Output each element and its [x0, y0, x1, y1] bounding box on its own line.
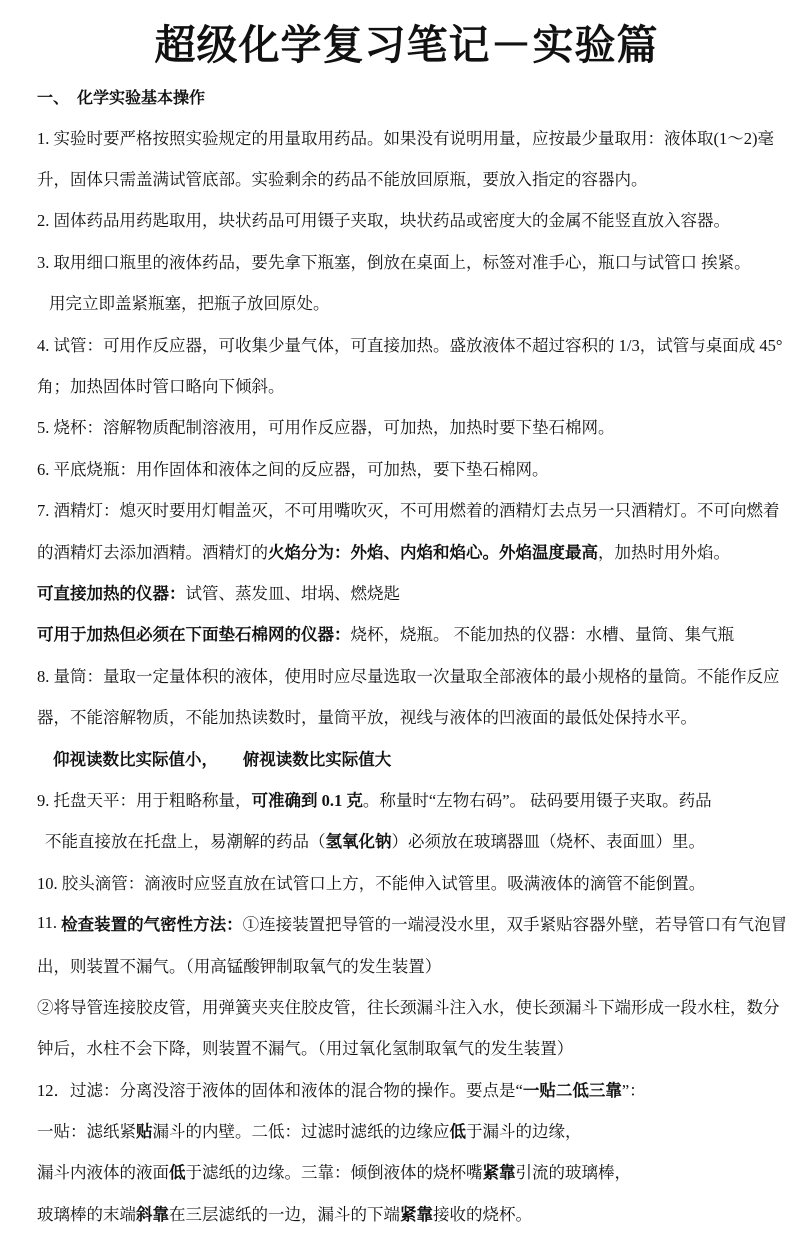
page-title: 超级化学复习笔记－实验篇 [37, 20, 776, 70]
text-run: ①连接装置把导管的一端浸没水里，双手紧贴容器外壁，若导管口有气泡冒 [243, 911, 788, 935]
text-line: 不能直接放在托盘上，易潮解的药品（氢氧化钠）必须放在玻璃器皿（烧杯、表面皿）里。 [37, 820, 776, 861]
text-run: 升，固体只需盖满试管底部。实验剩余的药品不能放回原瓶，要放入指定的容器内。 [37, 166, 648, 190]
document-page: 超级化学复习笔记－实验篇 一、 化学实验基本操作 1. 实验时要严格按照实验规定… [0, 0, 800, 1247]
text-run: 钟后，水柱不会下降，则装置不漏气。（用过氧化氢制取氧气的发生装置） [37, 1035, 573, 1059]
text-run: 引流的玻璃棒， [516, 1159, 632, 1183]
text-line: 升，固体只需盖满试管底部。实验剩余的药品不能放回原瓶，要放入指定的容器内。 [37, 157, 776, 198]
text-run: 5. 烧杯：溶解物质配制溶液用，可用作反应器，可加热，加热时要下垫石棉网。 [37, 414, 615, 438]
text-line: 2. 固体药品用药匙取用，块状药品可用镊子夹取，块状药品或密度大的金属不能竖直放… [37, 199, 776, 240]
text-run: 贴 [136, 1118, 153, 1142]
text-run: 角；加热固体时管口略向下倾斜。 [37, 373, 285, 397]
text-line: 钟后，水柱不会下降，则装置不漏气。（用过氧化氢制取氧气的发生装置） [37, 1027, 776, 1068]
text-run: 玻璃棒的末端 [37, 1201, 136, 1225]
text-run: ，加热时用外焰。 [598, 539, 730, 563]
text-run: ②将导管连接胶皮管，用弹簧夹夹住胶皮管，往长颈漏斗注入水，使长颈漏斗下端形成一段… [37, 994, 780, 1018]
text-run: 氢氧化钠 [326, 828, 392, 852]
text-run: 可用于加热但必须在下面垫石棉网的仪器： [37, 621, 351, 645]
text-line: 出，则装置不漏气。（用高锰酸钾制取氧气的发生装置） [37, 944, 776, 985]
text-run: 低 [169, 1159, 186, 1183]
text-run: 用完立即盖紧瓶塞，把瓶子放回原处。 [49, 290, 330, 314]
text-line: 角；加热固体时管口略向下倾斜。 [37, 364, 776, 405]
text-run: 器，不能溶解物质，不能加热读数时，量筒平放，视线与液体的凹液面的最低处保持水平。 [37, 704, 697, 728]
text-run: 3. 取用细口瓶里的液体药品，要先拿下瓶塞，倒放在桌面上，标签对准手心，瓶口与试… [37, 249, 751, 273]
text-run: 漏斗内液体的液面 [37, 1159, 169, 1183]
text-line: 的酒精灯去添加酒精。酒精灯的火焰分为：外焰、内焰和焰心。外焰温度最高，加热时用外… [37, 530, 776, 571]
text-run: 8. 量筒：量取一定量体积的液体，使用时应尽量选取一次量取全部液体的最小规格的量… [37, 663, 780, 687]
text-run: 仰视读数比实际值小， 俯视读数比实际值大 [53, 746, 391, 770]
text-line: 6. 平底烧瓶：用作固体和液体之间的反应器，可加热，要下垫石棉网。 [37, 447, 776, 488]
text-run: 可准确到 0.1 克 [252, 787, 363, 811]
text-line: 5. 烧杯：溶解物质配制溶液用，可用作反应器，可加热，加热时要下垫石棉网。 [37, 406, 776, 447]
text-run: 于滤纸的边缘。三靠：倾倒液体的烧杯嘴 [186, 1159, 483, 1183]
text-run: 烧杯，烧瓶。 不能加热的仪器：水槽、量筒、集气瓶 [351, 621, 735, 645]
text-run: ”： [622, 1077, 646, 1101]
text-line: 用完立即盖紧瓶塞，把瓶子放回原处。 [37, 282, 776, 323]
text-line: 10. 胶头滴管：滴液时应竖直放在试管口上方，不能伸入试管里。吸满液体的滴管不能… [37, 861, 776, 902]
text-run: 在三层滤纸的一边，漏斗的下端 [169, 1201, 400, 1225]
text-line: 12．过滤：分离没溶于液体的固体和液体的混合物的操作。要点是“一贴二低三靠”： [37, 1068, 776, 1109]
text-line: 可直接加热的仪器：试管、蒸发皿、坩埚、燃烧匙 [37, 571, 776, 612]
text-run: 1. 实验时要严格按照实验规定的用量取用药品。如果没有说明用量，应按最少量取用：… [37, 125, 774, 149]
text-run: 紧靠 [400, 1201, 433, 1225]
text-run: 的酒精灯去添加酒精。酒精灯的 [37, 539, 268, 563]
text-run: 。称量时“左物右码”。 砝码要用镊子夹取。药品 [363, 787, 712, 811]
text-run: 漏斗的内壁。二低：过滤时滤纸的边缘应 [153, 1118, 450, 1142]
section-heading: 一、 化学实验基本操作 [37, 88, 776, 110]
text-line: 玻璃棒的末端斜靠在三层滤纸的一边，漏斗的下端紧靠接收的烧杯。 [37, 1192, 776, 1233]
text-line: 1. 实验时要严格按照实验规定的用量取用药品。如果没有说明用量，应按最少量取用：… [37, 116, 776, 157]
text-line: 11. 检查装置的气密性方法：①连接装置把导管的一端浸没水里，双手紧贴容器外壁，… [37, 902, 776, 943]
text-run: 检查装置的气密性方法： [61, 911, 243, 935]
text-run: 斜靠 [136, 1201, 169, 1225]
text-run: 6. 平底烧瓶：用作固体和液体之间的反应器，可加热，要下垫石棉网。 [37, 456, 549, 480]
text-line: 7. 酒精灯：熄灭时要用灯帽盖灭，不可用嘴吹灭，不可用燃着的酒精灯去点另一只酒精… [37, 489, 776, 530]
text-run: 不能直接放在托盘上，易潮解的药品（ [45, 828, 326, 852]
text-run: 紧靠 [483, 1159, 516, 1183]
text-line: 仰视读数比实际值小， 俯视读数比实际值大 [37, 737, 776, 778]
text-run: 低 [450, 1118, 467, 1142]
text-run: 9. 托盘天平：用于粗略称量， [37, 787, 252, 811]
text-line: 3. 取用细口瓶里的液体药品，要先拿下瓶塞，倒放在桌面上，标签对准手心，瓶口与试… [37, 240, 776, 281]
text-run: 于漏斗的边缘， [466, 1118, 582, 1142]
text-line: ②将导管连接胶皮管，用弹簧夹夹住胶皮管，往长颈漏斗注入水，使长颈漏斗下端形成一段… [37, 985, 776, 1026]
text-run: 接收的烧杯。 [433, 1201, 532, 1225]
text-line: 一贴：滤纸紧贴漏斗的内壁。二低：过滤时滤纸的边缘应低于漏斗的边缘， [37, 1109, 776, 1150]
text-line: 9. 托盘天平：用于粗略称量，可准确到 0.1 克。称量时“左物右码”。 砝码要… [37, 778, 776, 819]
text-run: 11. [37, 913, 61, 933]
text-line: 8. 量筒：量取一定量体积的液体，使用时应尽量选取一次量取全部液体的最小规格的量… [37, 654, 776, 695]
text-run: 2. 固体药品用药匙取用，块状药品可用镊子夹取，块状药品或密度大的金属不能竖直放… [37, 207, 730, 231]
text-run: 7. 酒精灯：熄灭时要用灯帽盖灭，不可用嘴吹灭，不可用燃着的酒精灯去点另一只酒精… [37, 497, 780, 521]
document-body: 1. 实验时要严格按照实验规定的用量取用药品。如果没有说明用量，应按最少量取用：… [37, 116, 776, 1234]
text-line: 4. 试管：可用作反应器，可收集少量气体，可直接加热。盛放液体不超过容积的 1/… [37, 323, 776, 364]
text-run: 可直接加热的仪器： [37, 580, 186, 604]
text-line: 漏斗内液体的液面低于滤纸的边缘。三靠：倾倒液体的烧杯嘴紧靠引流的玻璃棒， [37, 1151, 776, 1192]
text-run: 一贴：滤纸紧 [37, 1118, 136, 1142]
text-run: ）必须放在玻璃器皿（烧杯、表面皿）里。 [392, 828, 706, 852]
text-run: 4. 试管：可用作反应器，可收集少量气体，可直接加热。盛放液体不超过容积的 1/… [37, 332, 782, 356]
text-run: 火焰分为：外焰、内焰和焰心。外焰温度最高 [268, 539, 598, 563]
text-run: 12．过滤：分离没溶于液体的固体和液体的混合物的操作。要点是“ [37, 1077, 523, 1101]
text-line: 可用于加热但必须在下面垫石棉网的仪器：烧杯，烧瓶。 不能加热的仪器：水槽、量筒、… [37, 613, 776, 654]
text-run: 一贴二低三靠 [523, 1077, 622, 1101]
text-run: 出，则装置不漏气。（用高锰酸钾制取氧气的发生装置） [37, 953, 441, 977]
text-run: 试管、蒸发皿、坩埚、燃烧匙 [186, 580, 401, 604]
text-line: 器，不能溶解物质，不能加热读数时，量筒平放，视线与液体的凹液面的最低处保持水平。 [37, 695, 776, 736]
text-run: 10. 胶头滴管：滴液时应竖直放在试管口上方，不能伸入试管里。吸满液体的滴管不能… [37, 870, 705, 894]
